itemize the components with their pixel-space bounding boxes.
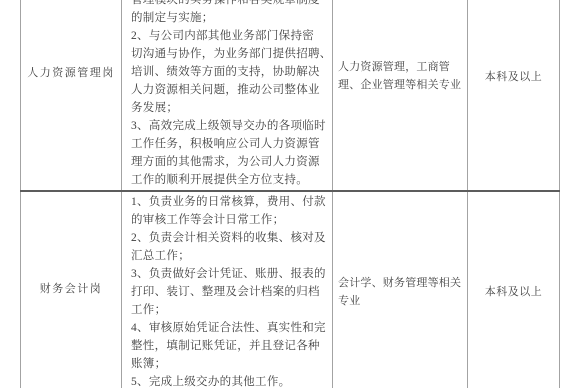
duty-line: 切沟通与协作，为业务部门提供招聘、: [131, 45, 331, 63]
duty-line: 工作任务，积极响应公司人力资源管: [131, 135, 331, 153]
duty-line: 2、负责会计相关资料的收集、核对及: [131, 229, 331, 247]
job-positions-table: 人力资源管理岗 管理模块的实务操作和各类规章制度 的制定与实施； 2、与公司内部…: [0, 0, 566, 388]
column-divider-position: [121, 0, 122, 388]
major-line: 人力资源管理，工商管: [338, 58, 466, 76]
duty-line: 培训、绩效等方面的支持，协助解决: [131, 63, 331, 81]
column-divider-major: [467, 0, 468, 388]
duty-line: 务发展；: [131, 99, 331, 117]
duty-line: 1、负责业务的日常核算，费用、付款: [131, 193, 331, 211]
duty-line: 打印、装订、整理及会计档案的归档: [131, 283, 331, 301]
duty-line: 账簿；: [131, 355, 331, 373]
duty-line: 的审核工作等会计日常工作；: [131, 211, 331, 229]
column-divider-duties: [332, 0, 333, 388]
position-cell-hr: 人力资源管理岗: [21, 66, 121, 80]
duties-cell-hr: 管理模块的实务操作和各类规章制度 的制定与实施； 2、与公司内部其他业务部门保持…: [131, 0, 331, 190]
row-divider: [20, 190, 560, 192]
table-left-border: [20, 0, 21, 388]
duty-line: 5、完成上级交办的其他工作。: [131, 373, 331, 388]
duty-line: 工作的顺利开展提供全方位支持。: [131, 171, 331, 189]
duty-line: 管理模块的实务操作和各类规章制度: [131, 0, 331, 9]
table-right-border: [559, 0, 560, 388]
major-line: 会计学、财务管理等相关: [338, 274, 466, 292]
duty-line: 2、与公司内部其他业务部门保持密: [131, 27, 331, 45]
education-cell-finance: 本科及以上: [468, 285, 559, 299]
major-line: 专业: [338, 292, 466, 310]
major-line: 理、企业管理等相关专业: [338, 76, 466, 94]
major-cell-hr: 人力资源管理，工商管 理、企业管理等相关专业: [338, 58, 466, 94]
position-cell-finance: 财务会计岗: [21, 282, 121, 296]
duties-cell-finance: 1、负责业务的日常核算，费用、付款 的审核工作等会计日常工作； 2、负责会计相关…: [131, 193, 331, 388]
major-cell-finance: 会计学、财务管理等相关 专业: [338, 274, 466, 310]
duty-line: 整性，填制记账凭证，并且登记各种: [131, 337, 331, 355]
duty-line: 汇总工作；: [131, 247, 331, 265]
duty-line: 的制定与实施；: [131, 9, 331, 27]
duty-line: 3、负责做好会计凭证、账册、报表的: [131, 265, 331, 283]
duty-line: 4、审核原始凭证合法性、真实性和完: [131, 319, 331, 337]
duty-line: 理方面的其他需求，为公司人力资源: [131, 153, 331, 171]
duty-line: 工作；: [131, 301, 331, 319]
duty-line: 3、高效完成上级领导交办的各项临时: [131, 117, 331, 135]
education-cell-hr: 本科及以上: [468, 70, 559, 84]
duty-line: 人力资源相关问题，推动公司整体业: [131, 81, 331, 99]
